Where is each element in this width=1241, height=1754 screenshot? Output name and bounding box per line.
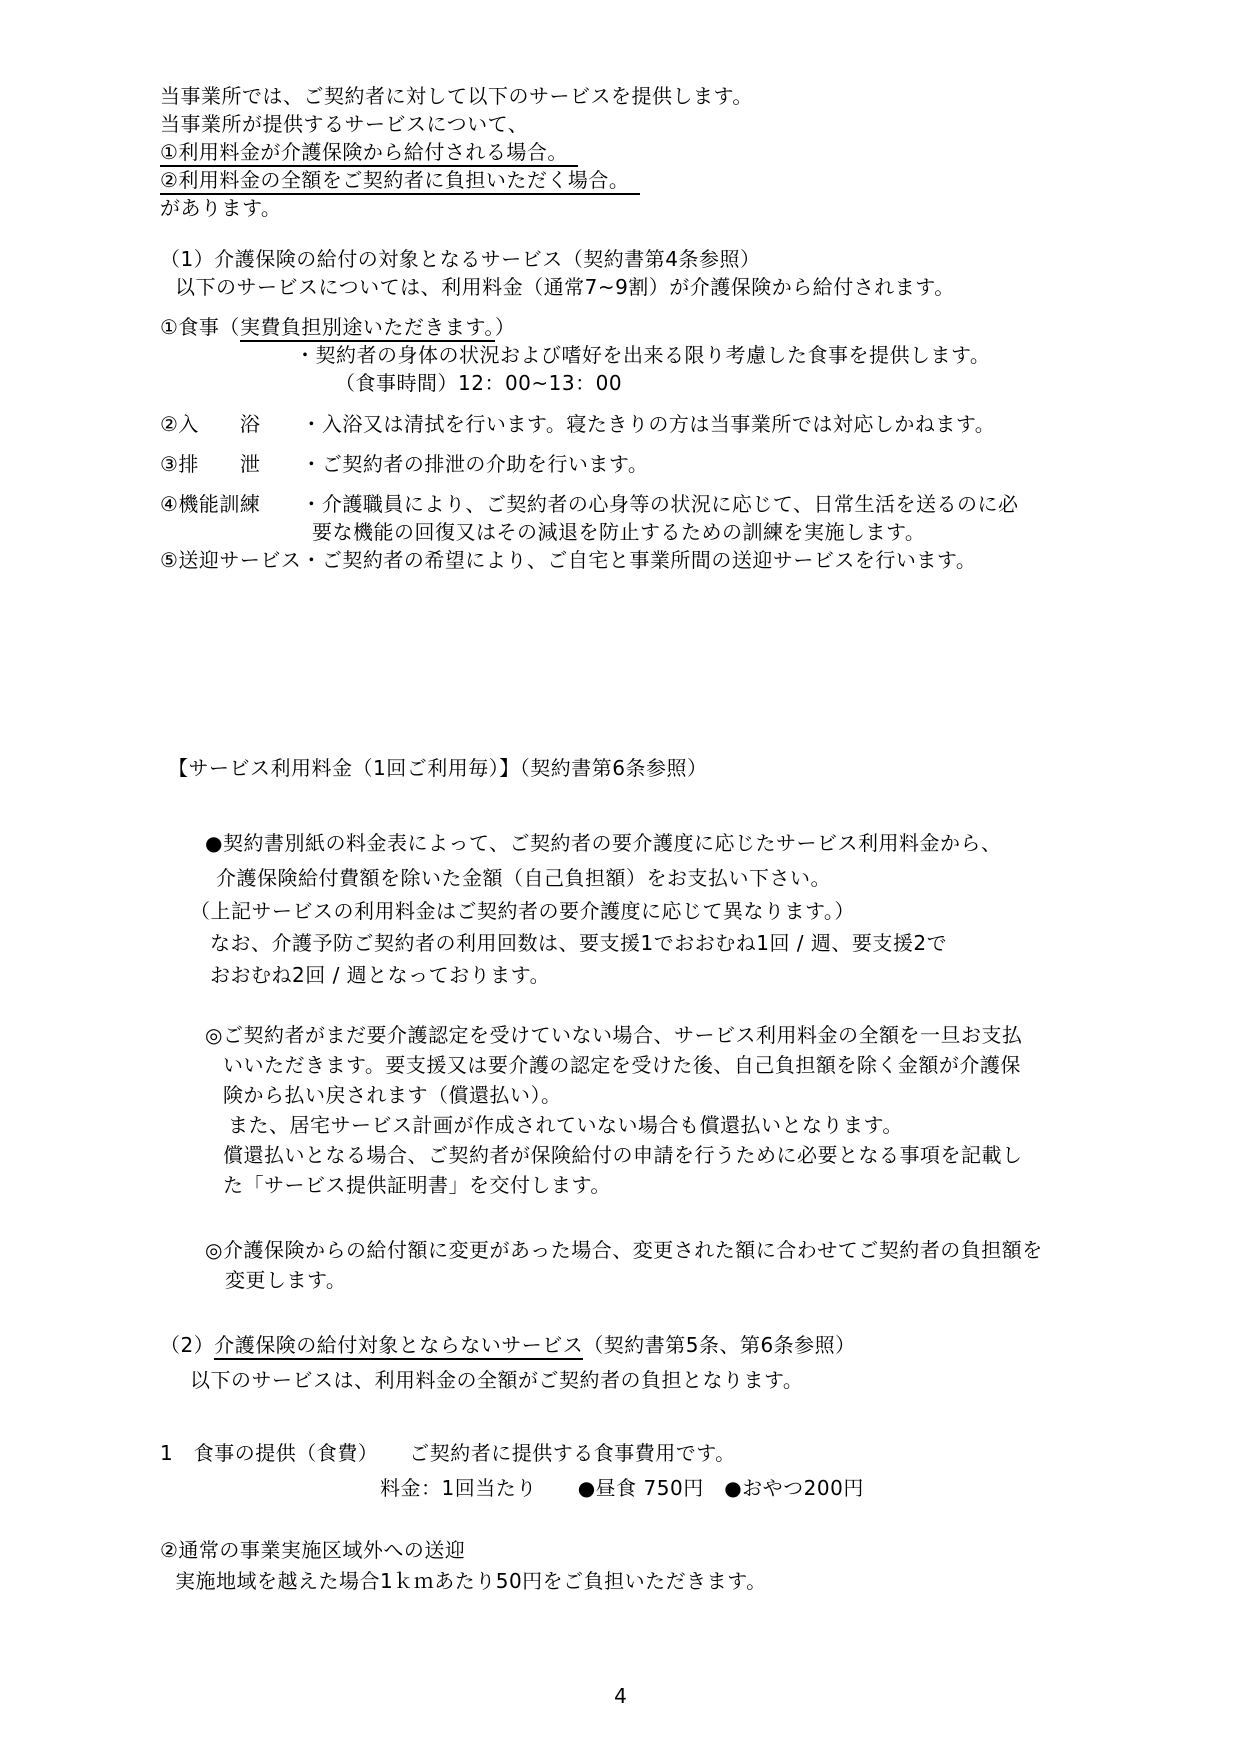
text-run: 1 食事の提供（食費） ご契約者に提供する食事費用です。 — [160, 1441, 736, 1465]
doc-line: ⑤送迎サービス・ご契約者の希望により、ご自宅と事業所間の送迎サービスを行います。 — [160, 546, 1241, 574]
text-run: いいただきます。要支援又は要介護の認定を受けた後、自己負担額を除く金額が介護保 — [223, 1053, 1021, 1077]
page-number: 4 — [0, 1682, 1241, 1710]
text-run: ◎ご契約者がまだ要介護認定を受けていない場合、サービス利用料金の全額を一旦お支払 — [205, 1023, 1022, 1047]
document-body: 当事業所では、ご契約者に対して以下のサービスを提供します。当事業所が提供するサー… — [0, 82, 1241, 1595]
doc-line: いいただきます。要支援又は要介護の認定を受けた後、自己負担額を除く金額が介護保 — [223, 1051, 1241, 1079]
text-run: があります。 — [160, 196, 281, 220]
doc-line: 以下のサービスは、利用料金の全額がご契約者の負担となります。 — [190, 1366, 1241, 1394]
text-run: ・契約者の身体の状況および嗜好を出来る限り考慮した食事を提供します。 — [295, 343, 990, 367]
text-run: （1）介護保険の給付の対象となるサービス（契約書第4条参照） — [160, 247, 760, 271]
text-run: ●契約書別紙の料金表によって、ご契約者の要介護度に応じたサービス利用料金から、 — [205, 831, 1002, 855]
doc-line: 実施地域を越えた場合1ｋｍあたり50円をご負担いただきます。 — [175, 1567, 1241, 1595]
doc-line: ④機能訓練 ・介護職員により、ご契約者の心身等の状況に応じて、日常生活を送るのに… — [160, 490, 1241, 518]
doc-line: 料金：1回当たり ●昼食 750円 ●おやつ200円 — [380, 1474, 1241, 1502]
text-run: （食事時間）12：00~13：00 — [335, 371, 622, 395]
text-run: 当事業所では、ご契約者に対して以下のサービスを提供します。 — [160, 84, 753, 108]
doc-line: ◎ご契約者がまだ要介護認定を受けていない場合、サービス利用料金の全額を一旦お支払 — [205, 1021, 1241, 1049]
doc-line: ③排 泄 ・ご契約者の排泄の介助を行います。 — [160, 450, 1241, 478]
text-run: 料金：1回当たり ●昼食 750円 ●おやつ200円 — [380, 1476, 864, 1500]
underlined-text: 介護保険の給付対象とならないサービス — [214, 1333, 583, 1360]
text-run: 険から払い戻されます（償還払い）。 — [223, 1083, 562, 1107]
doc-line: （1）介護保険の給付の対象となるサービス（契約書第4条参照） — [160, 245, 1241, 273]
text-run: おおむね2回 / 週となっております。 — [210, 963, 550, 987]
doc-line: ②入 浴 ・入浴又は清拭を行います。寝たきりの方は当事業所では対応しかねます。 — [160, 410, 1241, 438]
text-run: （上記サービスの利用料金はご契約者の要介護度に応じて異なります。） — [190, 899, 855, 923]
doc-line: 1 食事の提供（食費） ご契約者に提供する食事費用です。 — [160, 1439, 1241, 1467]
doc-line: ②通常の事業実施区域外への送迎 — [160, 1536, 1241, 1564]
doc-line: 険から払い戻されます（償還払い）。 — [223, 1081, 1241, 1109]
text-run: ①食事（ — [160, 315, 240, 339]
text-run: 以下のサービスについては、利用料金（通常7~9割）が介護保険から給付されます。 — [175, 275, 955, 299]
doc-line: た「サービス提供証明書」を交付します。 — [223, 1171, 1241, 1199]
doc-line: 当事業所では、ご契約者に対して以下のサービスを提供します。 — [160, 82, 1241, 110]
underlined-text: ①利用料金が介護保険から給付される場合。 — [160, 140, 578, 167]
doc-line: ・契約者の身体の状況および嗜好を出来る限り考慮した食事を提供します。 — [295, 341, 1241, 369]
doc-line: ①利用料金が介護保険から給付される場合。 — [160, 138, 1241, 166]
text-run: た「サービス提供証明書」を交付します。 — [223, 1173, 611, 1197]
text-run: なお、介護予防ご契約者の利用回数は、要支援1でおおむね1回 / 週、要支援2で — [210, 931, 947, 955]
doc-line: 【サービス利用料金（1回ご利用毎）】（契約書第6条参照） — [168, 754, 1241, 782]
text-run: 以下のサービスは、利用料金の全額がご契約者の負担となります。 — [190, 1368, 803, 1392]
underlined-text: 実費負担別途いただきます。 — [240, 315, 495, 342]
text-run: 償還払いとなる場合、ご契約者が保険給付の申請を行うために必要となる事項を記載し — [223, 1143, 1023, 1167]
text-run: 要な機能の回復又はその減退を防止するための訓練を実施します。 — [312, 520, 925, 544]
doc-line: 介護保険給付費額を除いた金額（自己負担額）をお支払い下さい。 — [216, 864, 1241, 892]
doc-line: ①食事（実費負担別途いただきます。） — [160, 313, 1241, 341]
text-run: ②通常の事業実施区域外への送迎 — [160, 1538, 465, 1562]
text-run: また、居宅サービス計画が作成されていない場合も償還払いとなります。 — [228, 1113, 903, 1137]
doc-line: 当事業所が提供するサービスについて、 — [160, 110, 1241, 138]
text-run: 介護保険給付費額を除いた金額（自己負担額）をお支払い下さい。 — [216, 866, 831, 890]
doc-line: なお、介護予防ご契約者の利用回数は、要支援1でおおむね1回 / 週、要支援2で — [210, 929, 1241, 957]
text-run: ③排 泄 ・ご契約者の排泄の介助を行います。 — [160, 452, 648, 476]
text-run: ） — [495, 315, 516, 339]
doc-line: （食事時間）12：00~13：00 — [335, 369, 1241, 397]
doc-line: があります。 — [160, 194, 1241, 222]
doc-line: 以下のサービスについては、利用料金（通常7~9割）が介護保険から給付されます。 — [175, 273, 1241, 301]
doc-line: おおむね2回 / 週となっております。 — [210, 961, 1241, 989]
text-run: 実施地域を越えた場合1ｋｍあたり50円をご負担いただきます。 — [175, 1569, 767, 1593]
doc-line: また、居宅サービス計画が作成されていない場合も償還払いとなります。 — [228, 1111, 1241, 1139]
text-run: ⑤送迎サービス・ご契約者の希望により、ご自宅と事業所間の送迎サービスを行います。 — [160, 548, 976, 572]
doc-line: ●契約書別紙の料金表によって、ご契約者の要介護度に応じたサービス利用料金から、 — [205, 829, 1241, 857]
doc-line: ②利用料金の全額をご契約者に負担いただく場合。 — [160, 166, 1241, 194]
text-run: 【サービス利用料金（1回ご利用毎）】（契約書第6条参照） — [168, 756, 707, 780]
text-run: （契約書第5条、第6条参照） — [583, 1333, 855, 1357]
doc-line: （上記サービスの利用料金はご契約者の要介護度に応じて異なります。） — [190, 897, 1241, 925]
text-run: 変更します。 — [225, 1268, 346, 1292]
text-run: ④機能訓練 ・介護職員により、ご契約者の心身等の状況に応じて、日常生活を送るのに… — [160, 492, 1019, 516]
doc-line: 要な機能の回復又はその減退を防止するための訓練を実施します。 — [312, 518, 1241, 546]
text-run: ◎介護保険からの給付額に変更があった場合、変更された額に合わせてご契約者の負担額… — [205, 1238, 1043, 1262]
doc-line: 変更します。 — [225, 1266, 1241, 1294]
underlined-text: ②利用料金の全額をご契約者に負担いただく場合。 — [160, 168, 640, 195]
text-run: 当事業所が提供するサービスについて、 — [160, 112, 528, 136]
document-page: 当事業所では、ご契約者に対して以下のサービスを提供します。当事業所が提供するサー… — [0, 0, 1241, 1754]
text-run: ②入 浴 ・入浴又は清拭を行います。寝たきりの方は当事業所では対応しかねます。 — [160, 412, 995, 436]
text-run: （2） — [160, 1333, 214, 1357]
doc-line: 償還払いとなる場合、ご契約者が保険給付の申請を行うために必要となる事項を記載し — [223, 1141, 1241, 1169]
doc-line: ◎介護保険からの給付額に変更があった場合、変更された額に合わせてご契約者の負担額… — [205, 1236, 1241, 1264]
doc-line: （2）介護保険の給付対象とならないサービス（契約書第5条、第6条参照） — [160, 1331, 1241, 1359]
